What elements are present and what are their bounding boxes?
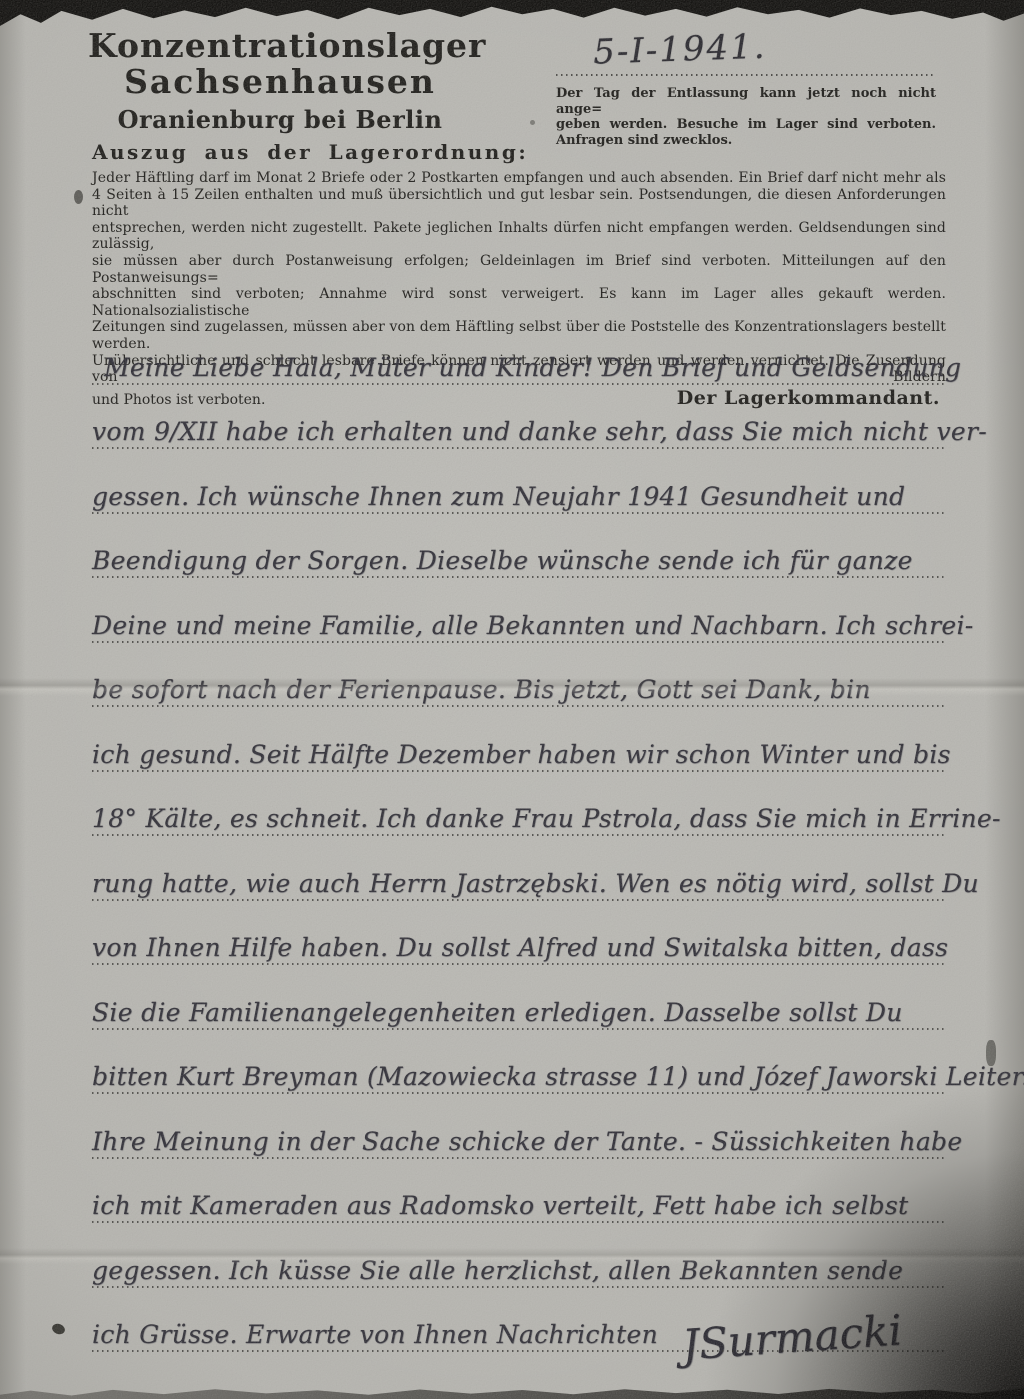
- letter-line: Meine Liebe Hala, Müter und Kinder! Den …: [92, 320, 948, 385]
- release-notice-line: geben werden. Besuche im Lager sind verb…: [556, 117, 936, 133]
- letter-line-text: von Ihnen Hilfe haben. Du sollst Alfred …: [92, 933, 948, 965]
- letter-line-text: gessen. Ich wünsche Ihnen zum Neujahr 19…: [92, 482, 905, 514]
- letter-line: 18° Kälte, es schneit. Ich danke Frau Ps…: [92, 772, 948, 837]
- handwritten-date: 5-I-1941.: [555, 21, 936, 76]
- letter-line-text: 18° Kälte, es schneit. Ich danke Frau Ps…: [92, 804, 1001, 836]
- letter-line-text: ich gesund. Seit Hälfte Dezember haben w…: [92, 740, 951, 772]
- letter-line: von Ihnen Hilfe haben. Du sollst Alfred …: [92, 901, 948, 966]
- camp-location: Oranienburg bei Berlin: [88, 105, 472, 134]
- regulations-line: 4 Seiten à 15 Zeilen enthalten und muß ü…: [92, 187, 946, 220]
- letter-line-text: ich mit Kameraden aus Radomsko verteilt,…: [92, 1191, 908, 1223]
- letter-line-text: be sofort nach der Ferienpause. Bis jetz…: [92, 675, 871, 707]
- letter-line-text: Ihre Meinung in der Sache schicke der Ta…: [92, 1127, 962, 1159]
- regulations-line: abschnitten sind verboten; Annahme wird …: [92, 286, 946, 319]
- letter-line: rung hatte, wie auch Herrn Jastrzębski. …: [92, 836, 948, 901]
- letter-line-text: Meine Liebe Hala, Müter und Kinder! Den …: [92, 353, 961, 385]
- letter-line: be sofort nach der Ferienpause. Bis jetz…: [92, 643, 948, 708]
- letter-line-text: bitten Kurt Breyman (Mazowiecka strasse …: [92, 1062, 1024, 1094]
- ink-blot: [51, 1322, 67, 1336]
- camp-letterhead: Konzentrationslager Sachsenhausen Oranie…: [88, 28, 472, 134]
- letter-line: ich mit Kameraden aus Radomsko verteilt,…: [92, 1159, 948, 1224]
- regulations-line: Jeder Häftling darf im Monat 2 Briefe od…: [92, 170, 946, 187]
- letter-line: Deine und meine Familie, alle Bekannten …: [92, 578, 948, 643]
- letter-line: Beendigung der Sorgen. Dieselbe wünsche …: [92, 514, 948, 579]
- torn-edge-bottom: [0, 1385, 1024, 1399]
- regulations-line: sie müssen aber durch Postanweisung erfo…: [92, 253, 946, 286]
- scanned-letter-sheet: Konzentrationslager Sachsenhausen Oranie…: [0, 0, 1024, 1399]
- letter-line: gegessen. Ich küsse Sie alle herzlichst,…: [92, 1223, 948, 1288]
- letter-line-text: Beendigung der Sorgen. Dieselbe wünsche …: [92, 546, 913, 578]
- letter-line: ich Grüsse. Erwarte von Ihnen Nachrichte…: [92, 1288, 948, 1353]
- camp-name-line1: Konzentrationslager: [88, 28, 472, 64]
- letter-line: vom 9/XII habe ich erhalten und danke se…: [92, 385, 948, 450]
- letter-line: Ihre Meinung in der Sache schicke der Ta…: [92, 1094, 948, 1159]
- ink-blot: [530, 120, 535, 125]
- date-and-notice-block: 5-I-1941. Der Tag der Entlassung kann je…: [556, 34, 936, 148]
- regulations-heading: Auszug aus der Lagerordnung:: [92, 140, 946, 164]
- letter-line-text: gegessen. Ich küsse Sie alle herzlichst,…: [92, 1256, 903, 1288]
- letter-line-text: vom 9/XII habe ich erhalten und danke se…: [92, 417, 987, 449]
- prisoner-signature: JSurmacki: [681, 1305, 904, 1369]
- regulations-line: entsprechen, werden nicht zugestellt. Pa…: [92, 220, 946, 253]
- letter-line-text: ich Grüsse. Erwarte von Ihnen Nachrichte…: [92, 1320, 658, 1352]
- camp-name-line2: Sachsenhausen: [88, 64, 472, 100]
- release-notice-line: Der Tag der Entlassung kann jetzt noch n…: [556, 86, 936, 117]
- letter-line-text: Deine und meine Familie, alle Bekannten …: [92, 611, 974, 643]
- letter-line-text: Sie die Familienangelegenheiten erledige…: [92, 998, 903, 1030]
- date-dotted-rule: [556, 74, 936, 76]
- handwritten-letter-body: Meine Liebe Hala, Müter und Kinder! Den …: [92, 320, 948, 1352]
- ink-blot: [74, 190, 83, 204]
- letter-line: bitten Kurt Breyman (Mazowiecka strasse …: [92, 1030, 948, 1095]
- letter-line-text: rung hatte, wie auch Herrn Jastrzębski. …: [92, 869, 979, 901]
- letter-line: gessen. Ich wünsche Ihnen zum Neujahr 19…: [92, 449, 948, 514]
- release-notice: Der Tag der Entlassung kann jetzt noch n…: [556, 86, 936, 148]
- letter-line: ich gesund. Seit Hälfte Dezember haben w…: [92, 707, 948, 772]
- letter-line: Sie die Familienangelegenheiten erledige…: [92, 965, 948, 1030]
